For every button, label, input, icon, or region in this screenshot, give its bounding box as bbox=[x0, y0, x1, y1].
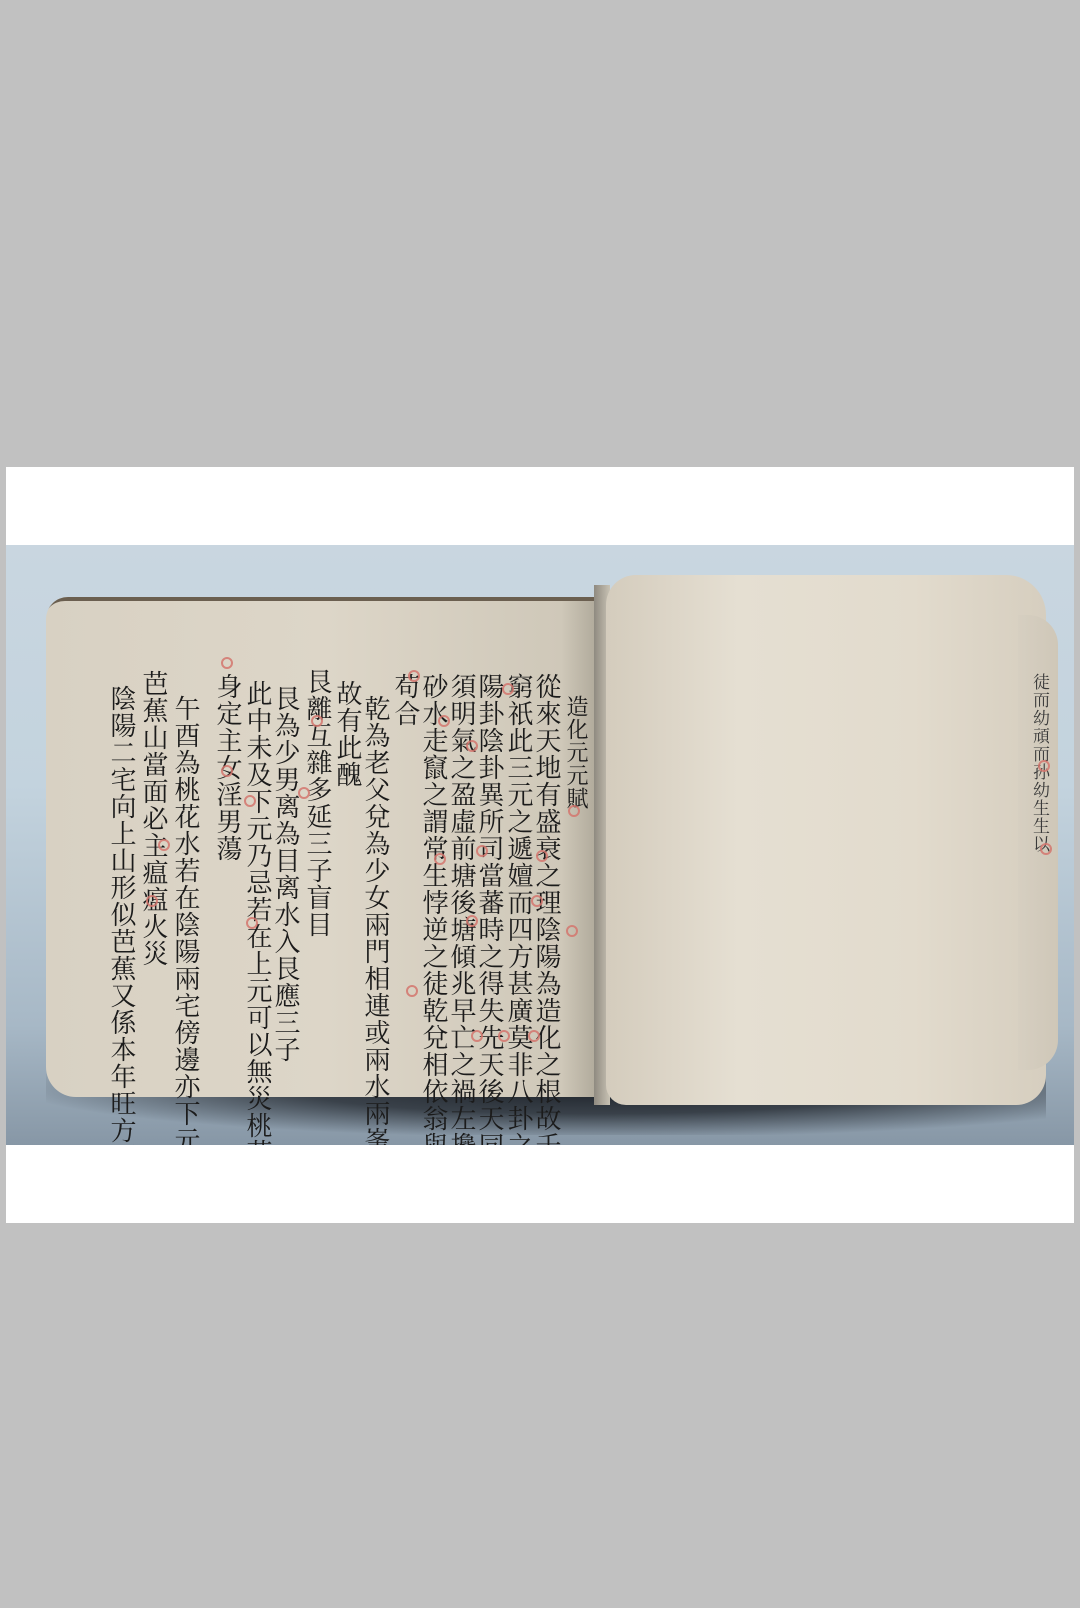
text-column: 午酉為桃花水若在陰陽兩宅傍邊亦下元忌 bbox=[170, 695, 200, 1145]
text-column: 窮祇此三元之遞嬗而四方甚廣莫非八卦之分排 bbox=[503, 673, 533, 1145]
annotation-mark bbox=[244, 795, 256, 807]
text-column-title: 造化元元賦 bbox=[560, 695, 590, 810]
annotation-mark bbox=[466, 740, 478, 752]
right-page-blank bbox=[606, 575, 1046, 1105]
annotation-mark bbox=[502, 683, 514, 695]
text-column: 艮離互雜多延三子盲目 bbox=[302, 668, 332, 938]
annotation-mark bbox=[408, 670, 420, 682]
text-column: 陰陽二宅向上山形似芭蕉又係本年旺方斯有 bbox=[106, 685, 136, 1145]
annotation-mark bbox=[298, 787, 310, 799]
annotation-mark bbox=[221, 765, 233, 777]
text-column: 乾為老父兌為少女兩門相連或兩水兩峯相交 bbox=[360, 695, 390, 1145]
annotation-mark bbox=[246, 917, 258, 929]
annotation-mark bbox=[1038, 760, 1050, 772]
annotation-mark bbox=[476, 845, 488, 857]
annotation-mark bbox=[146, 895, 158, 907]
text-column: 此中未及下元乃忌若在上元可以無災桃花水貼 bbox=[242, 680, 272, 1145]
text-column: 陽卦陰卦異所司當蕃時之得失先天後天同其理 bbox=[474, 673, 504, 1145]
annotation-mark bbox=[536, 850, 548, 862]
text-column: 砂水走竄之謂常生悖逆之徒乾兌相依翁與媳而 bbox=[418, 673, 448, 1145]
text-column: 艮為少男离為目离水入艮應三子 bbox=[270, 685, 300, 1063]
annotation-mark bbox=[566, 925, 578, 937]
annotation-mark bbox=[466, 915, 478, 927]
annotation-mark bbox=[1040, 843, 1052, 855]
annotation-mark bbox=[568, 805, 580, 817]
image-frame: 造化元元賦 從來天地有盛衰之理陰陽為造化之根故千古無 窮祇此三元之遞嬗而四方甚廣… bbox=[6, 467, 1074, 1223]
annotation-mark bbox=[528, 1030, 540, 1042]
annotation-mark bbox=[531, 895, 543, 907]
annotation-mark bbox=[438, 715, 450, 727]
annotation-mark bbox=[158, 839, 170, 851]
book-photo: 造化元元賦 從來天地有盛衰之理陰陽為造化之根故千古無 窮祇此三元之遞嬗而四方甚廣… bbox=[6, 545, 1074, 1145]
text-column: 故有此醜 bbox=[332, 680, 362, 788]
annotation-mark bbox=[471, 1030, 483, 1042]
annotation-mark bbox=[406, 985, 418, 997]
annotation-mark bbox=[311, 715, 323, 727]
annotation-mark bbox=[221, 657, 233, 669]
annotation-mark bbox=[498, 1030, 510, 1042]
text-column: 芭蕉山當面必主瘟瘟火災 bbox=[138, 670, 168, 967]
text-column: 從來天地有盛衰之理陰陽為造化之根故千古無 bbox=[531, 673, 561, 1145]
annotation-mark bbox=[434, 853, 446, 865]
